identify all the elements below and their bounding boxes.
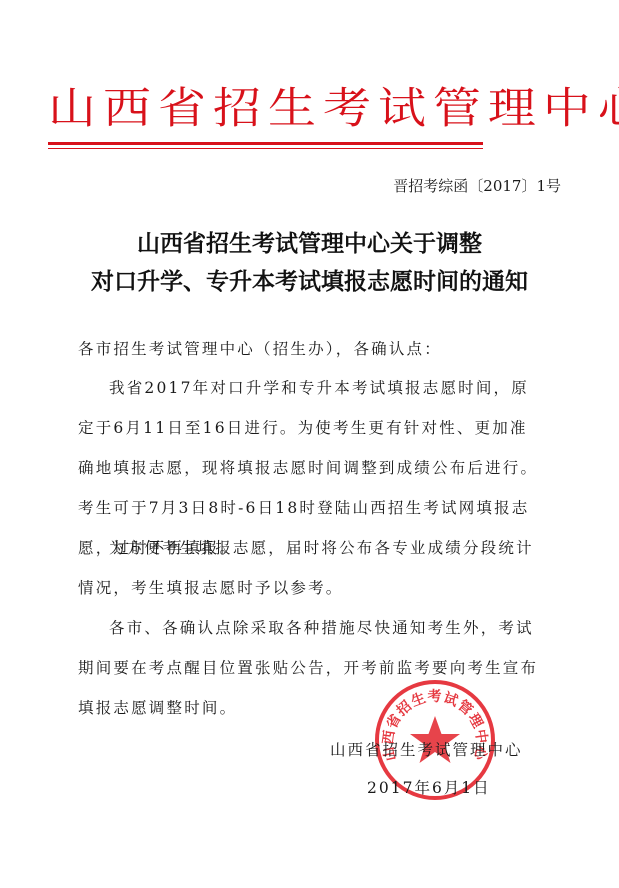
title-line-2: 对口升学、专升本考试填报志愿时间的通知 — [0, 262, 619, 302]
signature-org: 山西省招生考试管理中心 — [330, 738, 523, 760]
signature-date: 2017年6月1日 — [367, 776, 491, 798]
title-line-1: 山西省招生考试管理中心关于调整 — [0, 224, 619, 264]
salutation: 各市招生考试管理中心（招生办），各确认点： — [78, 329, 542, 369]
letterhead-rule-thin — [48, 148, 483, 149]
letterhead-rule-thick — [48, 142, 483, 145]
letterhead-org-name: 山西省招生考试管理中心 — [48, 82, 558, 135]
paragraph-2: 为方便考生填报志愿，届时将公布各专业成绩分段统计情况，考生填报志愿时予以参考。 — [78, 528, 542, 608]
document-number: 晋招考综函〔2017〕1号 — [393, 175, 561, 196]
